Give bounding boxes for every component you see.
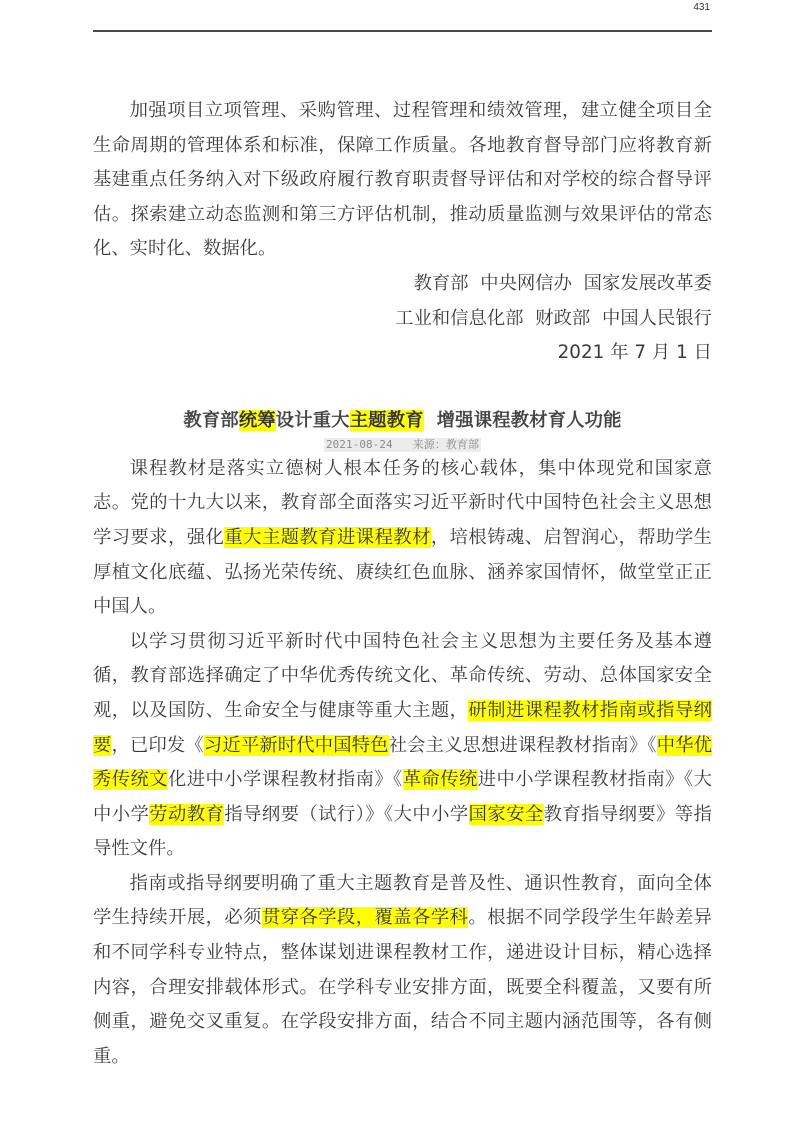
source-value: 教育部 [446,438,479,451]
highlighted-text: 习近平新时代中国特色 [204,735,389,756]
title-part-highlight: 统筹 [239,410,276,431]
signing-date: 2021 年 7 月 1 日 [93,336,712,371]
page-number: 431 [600,2,710,13]
article-title: 教育部统筹设计重大主题教育 增强课程教材育人功能 [93,407,712,435]
text-run: ，已印发《 [111,735,203,756]
article-paragraph-2: 以学习贯彻习近平新时代中国特色社会主义思想为主要任务及基本遵循，教育部选择确定了… [93,625,712,867]
text-run: 指导纲要（试行）》《大中小学 [224,804,468,825]
title-part: 增强课程教材育人功能 [424,410,622,431]
title-part-highlight: 主题教育 [350,410,424,431]
title-part: 设计重大 [276,410,350,431]
signatories-line-1: 教育部 中央网信办 国家发展改革委 [93,267,712,302]
header-rule [93,30,712,32]
previous-section-paragraph: 加强项目立项管理、采购管理、过程管理和绩效管理，建立健全项目全生命周期的管理体系… [93,94,712,267]
title-part: 教育部 [183,410,238,431]
text-run: 。根据不同学段学生年龄差异和不同学科专业特点，整体谋划进课程教材工作，递进设计目… [93,907,712,1066]
highlighted-text: 国家安全 [469,804,544,825]
article-paragraph-1: 课程教材是落实立德树人根本任务的核心载体，集中体现党和国家意志。党的十九大以来，… [93,452,712,625]
highlighted-text: 革命传统 [403,769,478,790]
highlighted-text: 贯穿各学段，覆盖各学科 [262,907,468,928]
article-meta: 2021-08-24 来源：教育部 [93,435,712,452]
article-meta-badge: 2021-08-24 来源：教育部 [324,438,481,452]
source-label: 来源： [413,438,446,451]
article-paragraph-3: 指南或指导纲要明确了重大主题教育是普及性、通识性教育，面向全体学生持续开展，必须… [93,867,712,1075]
text-run: 社会主义思想进课程教材指南》《 [389,735,657,756]
highlighted-text: 劳动教育 [149,804,224,825]
article-date: 2021-08-24 [326,438,393,451]
document-body: 加强项目立项管理、采购管理、过程管理和绩效管理，建立健全项目全生命周期的管理体系… [93,94,712,1074]
text-run: 化进中小学课程教材指南》《 [168,769,403,790]
signatories-line-2: 工业和信息化部 财政部 中国人民银行 [93,302,712,337]
highlighted-text: 重大主题教育进课程教材 [224,527,430,548]
